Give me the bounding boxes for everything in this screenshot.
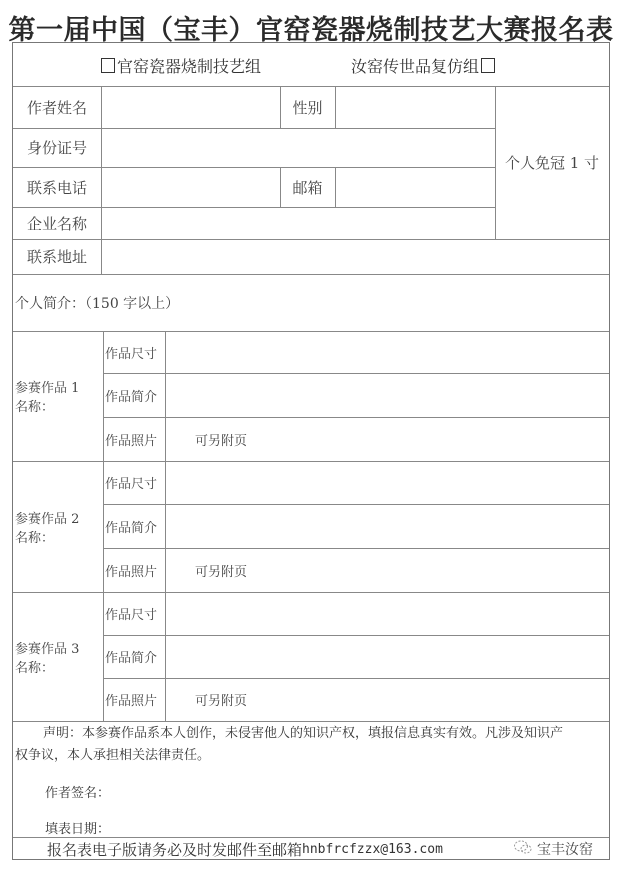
declaration: 声明：本参赛作品系本人创作，未侵害他人的知识产权，填报信息真实有效。凡涉及知识产…: [15, 723, 607, 767]
declaration-line1: 声明：本参赛作品系本人创作，未侵害他人的知识产权，填报信息真实有效。凡涉及知识产: [15, 723, 607, 745]
wechat-icon: [513, 839, 533, 859]
work-3-photo-label: 作品照片: [105, 678, 165, 721]
gender-field[interactable]: [335, 86, 495, 128]
work-2-title: 参赛作品 2 名称：: [15, 461, 103, 592]
address-label: 联系地址: [13, 239, 101, 274]
work-2-intro-label: 作品简介: [105, 504, 165, 548]
registration-form: 官窑瓷器烧制技艺组 汝窑传世品复仿组 作者姓名 性别 身份证号 联系电话 邮箱 …: [12, 42, 610, 860]
company-field[interactable]: [101, 207, 495, 239]
gender-label: 性别: [280, 86, 335, 128]
group2-checkbox[interactable]: [481, 58, 495, 73]
phone-label: 联系电话: [13, 167, 101, 207]
group1-checkbox[interactable]: [101, 58, 115, 73]
work-3-title-line2: 名称：: [15, 657, 54, 676]
email-label: 邮箱: [280, 167, 335, 207]
group1-label: 官窑瓷器烧制技艺组: [117, 54, 261, 77]
id-number-label: 身份证号: [13, 128, 101, 167]
work-1-photo-label: 作品照片: [105, 417, 165, 461]
group-option-2[interactable]: 汝窑传世品复仿组: [351, 53, 497, 77]
work-3-photo-field[interactable]: 可另附页: [195, 678, 609, 721]
footer-notice: 报名表电子版请务必及时发邮件至邮箱 hnbfrcfzzx@163.com: [47, 839, 487, 859]
work-1-title: 参赛作品 1 名称：: [15, 331, 103, 461]
work-1-title-line1: 参赛作品 1: [15, 377, 79, 396]
work-2-photo-note: 可另附页: [195, 561, 247, 580]
work-1-title-line2: 名称：: [15, 396, 54, 415]
id-number-field[interactable]: [101, 128, 495, 167]
work-3-photo-note: 可另附页: [195, 690, 247, 709]
declaration-line2: 权争议，本人承担相关法律责任。: [15, 745, 607, 767]
brand-watermark: 宝丰汝窑: [513, 839, 609, 859]
work-1-size-field[interactable]: [165, 331, 609, 373]
footer-notice-text: 报名表电子版请务必及时发邮件至邮箱: [47, 839, 302, 860]
phone-field[interactable]: [101, 167, 280, 207]
work-2-title-line1: 参赛作品 2: [15, 508, 79, 527]
author-name-label: 作者姓名: [13, 86, 101, 128]
work-2-size-label: 作品尺寸: [105, 461, 165, 504]
work-2-size-field[interactable]: [165, 461, 609, 504]
work-3-intro-field[interactable]: [165, 635, 609, 678]
signature-label: 作者签名：: [45, 783, 345, 805]
group2-label: 汝窑传世品复仿组: [351, 54, 479, 77]
work-3-title: 参赛作品 3 名称：: [15, 592, 103, 721]
work-1-intro-label: 作品简介: [105, 373, 165, 417]
work-3-size-field[interactable]: [165, 592, 609, 635]
address-field[interactable]: [101, 239, 609, 274]
work-3-title-line1: 参赛作品 3: [15, 638, 79, 657]
email-field[interactable]: [335, 167, 495, 207]
bio-field[interactable]: 个人简介：（150 字以上）: [15, 274, 609, 331]
work-1-intro-field[interactable]: [165, 373, 609, 417]
work-3-size-label: 作品尺寸: [105, 592, 165, 635]
author-name-field[interactable]: [101, 86, 280, 128]
brand-name: 宝丰汝窑: [537, 839, 593, 859]
work-2-title-line2: 名称：: [15, 527, 54, 546]
group-option-1[interactable]: 官窑瓷器烧制技艺组: [99, 53, 261, 77]
work-2-photo-label: 作品照片: [105, 548, 165, 592]
footer-email[interactable]: hnbfrcfzzx@163.com: [302, 842, 443, 857]
bio-label: 个人简介：（150 字以上）: [15, 293, 179, 313]
work-3-intro-label: 作品简介: [105, 635, 165, 678]
photo-placeholder[interactable]: 个人免冠 1 寸: [495, 86, 609, 239]
work-1-photo-field[interactable]: 可另附页: [195, 417, 609, 461]
work-2-intro-field[interactable]: [165, 504, 609, 548]
work-1-photo-note: 可另附页: [195, 430, 247, 449]
work-2-photo-field[interactable]: 可另附页: [195, 548, 609, 592]
work-1-size-label: 作品尺寸: [105, 331, 165, 373]
company-label: 企业名称: [13, 207, 101, 239]
